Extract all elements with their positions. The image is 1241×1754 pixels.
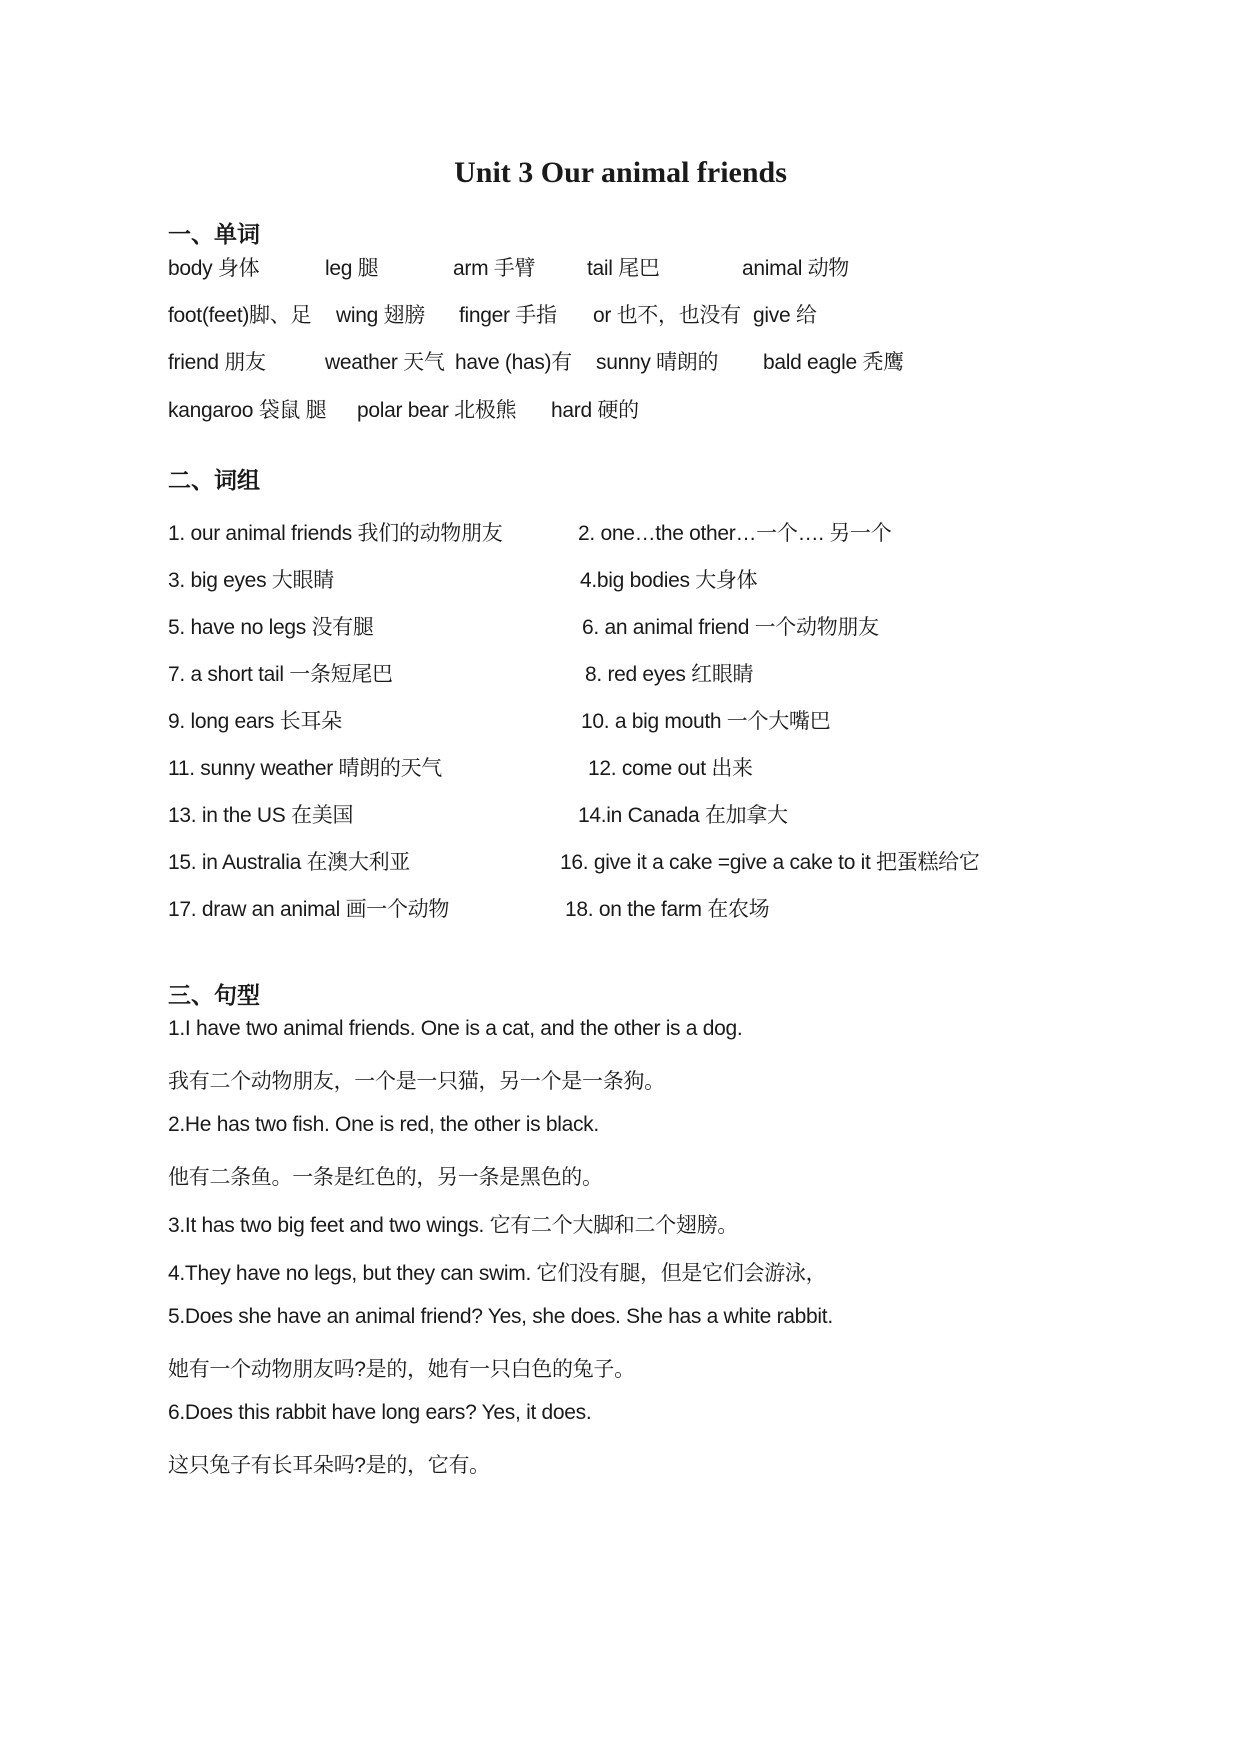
phrase-item: 5. have no legs 没有腿 <box>168 611 374 641</box>
phrase-row: 11. sunny weather 晴朗的天气 12. come out 出来 <box>168 752 1241 782</box>
phrase-item: 1. our animal friends 我们的动物朋友 <box>168 517 502 547</box>
phrase-item: 3. big eyes 大眼睛 <box>168 564 334 594</box>
phrase-item: 17. draw an animal 画一个动物 <box>168 893 449 923</box>
word-item: animal 动物 <box>742 252 849 282</box>
sentence-line: 2.He has two fish. One is red, the other… <box>168 1113 599 1137</box>
sentence-line: 5.Does she have an animal friend? Yes, s… <box>168 1305 833 1329</box>
phrase-item: 14.in Canada 在加拿大 <box>578 799 788 829</box>
word-item: arm 手臂 <box>453 252 535 282</box>
word-row: kangaroo 袋鼠 腿 polar bear 北极熊 hard 硬的 <box>168 394 1241 424</box>
word-item: weather 天气 <box>325 346 445 376</box>
phrase-row: 17. draw an animal 画一个动物 18. on the farm… <box>168 893 1241 923</box>
phrase-item: 2. one…the other…一个…. 另一个 <box>578 517 891 547</box>
phrase-item: 9. long ears 长耳朵 <box>168 705 342 735</box>
word-row: body 身体 leg 腿 arm 手臂 tail 尾巴 animal 动物 <box>168 252 1241 282</box>
phrase-row: 7. a short tail 一条短尾巴 8. red eyes 红眼睛 <box>168 658 1241 688</box>
phrase-item: 18. on the farm 在农场 <box>565 893 769 923</box>
phrase-item: 13. in the US 在美国 <box>168 799 353 829</box>
phrase-row: 13. in the US 在美国 14.in Canada 在加拿大 <box>168 799 1241 829</box>
sentence-line: 这只兔子有长耳朵吗?是的，它有。 <box>168 1449 490 1479</box>
word-item: give 给 <box>753 299 817 329</box>
phrase-item: 8. red eyes 红眼睛 <box>585 658 753 688</box>
phrase-item: 10. a big mouth 一个大嘴巴 <box>581 705 830 735</box>
sentence-line: 我有二个动物朋友，一个是一只猫，另一个是一条狗。 <box>168 1065 665 1095</box>
word-item: finger 手指 <box>459 299 557 329</box>
phrase-row: 5. have no legs 没有腿 6. an animal friend … <box>168 611 1241 641</box>
word-item: friend 朋友 <box>168 346 266 376</box>
phrase-item: 12. come out 出来 <box>588 752 753 782</box>
sentence-line: 3.It has two big feet and two wings. 它有二… <box>168 1209 738 1239</box>
word-item: body 身体 <box>168 252 259 282</box>
word-item: sunny 晴朗的 <box>596 346 718 376</box>
phrase-row: 15. in Australia 在澳大利亚 16. give it a cak… <box>168 846 1241 876</box>
phrase-item: 15. in Australia 在澳大利亚 <box>168 846 410 876</box>
section-heading-sentences: 三、句型 <box>168 977 260 1010</box>
word-item: hard 硬的 <box>551 394 639 424</box>
phrase-row: 3. big eyes 大眼睛 4.big bodies 大身体 <box>168 564 1241 594</box>
section-heading-phrases: 二、词组 <box>168 462 260 495</box>
sentence-line: 她有一个动物朋友吗?是的，她有一只白色的兔子。 <box>168 1353 635 1383</box>
word-item: tail 尾巴 <box>587 252 660 282</box>
word-item: bald eagle 秃鹰 <box>763 346 904 376</box>
word-item: foot(feet)脚、足 <box>168 299 311 329</box>
word-item: wing 翅膀 <box>336 299 425 329</box>
word-item: leg 腿 <box>325 252 378 282</box>
section-heading-words: 一、单词 <box>168 216 260 249</box>
phrase-item: 16. give it a cake =give a cake to it 把蛋… <box>560 846 980 876</box>
sentence-line: 6.Does this rabbit have long ears? Yes, … <box>168 1401 591 1425</box>
sentence-line: 4.They have no legs, but they can swim. … <box>168 1257 826 1287</box>
word-item: polar bear 北极熊 <box>357 394 516 424</box>
phrase-item: 11. sunny weather 晴朗的天气 <box>168 752 442 782</box>
sentence-line: 他有二条鱼。一条是红色的，另一条是黑色的。 <box>168 1161 603 1191</box>
document-title: Unit 3 Our animal friends <box>0 156 1241 190</box>
word-item: or 也不，也没有 <box>593 299 741 329</box>
document-page: Unit 3 Our animal friends 一、单词 body 身体 l… <box>0 0 1241 1754</box>
phrase-item: 4.big bodies 大身体 <box>580 564 757 594</box>
phrase-item: 6. an animal friend 一个动物朋友 <box>582 611 879 641</box>
phrase-row: 1. our animal friends 我们的动物朋友 2. one…the… <box>168 517 1241 547</box>
word-row: friend 朋友 weather 天气 have (has)有 sunny 晴… <box>168 346 1241 376</box>
phrase-item: 7. a short tail 一条短尾巴 <box>168 658 393 688</box>
word-item: kangaroo 袋鼠 腿 <box>168 394 326 424</box>
word-row: foot(feet)脚、足 wing 翅膀 finger 手指 or 也不，也没… <box>168 299 1241 329</box>
sentence-line: 1.I have two animal friends. One is a ca… <box>168 1017 742 1041</box>
word-item: have (has)有 <box>455 346 572 376</box>
phrase-row: 9. long ears 长耳朵 10. a big mouth 一个大嘴巴 <box>168 705 1241 735</box>
